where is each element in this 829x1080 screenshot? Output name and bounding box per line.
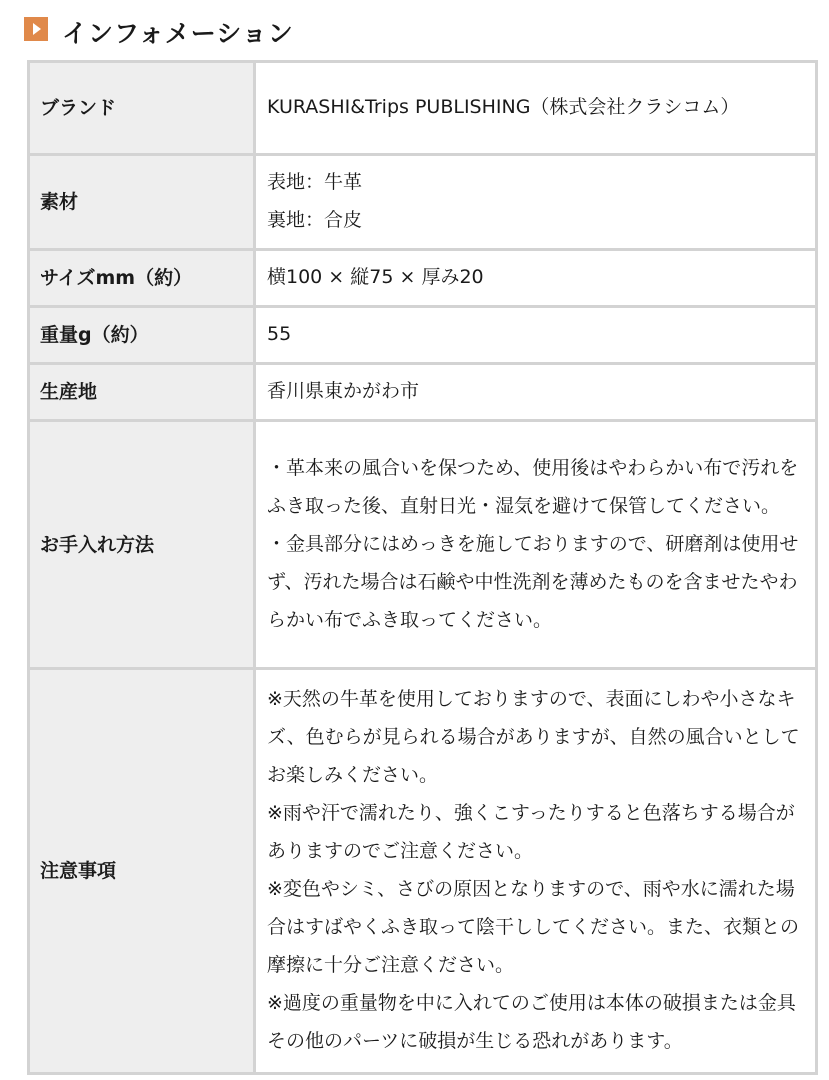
row-label: 素材 <box>29 155 255 250</box>
row-value: KURASHI&Trips PUBLISHING（株式会社クラシコム） <box>255 62 817 155</box>
row-label: 注意事項 <box>29 669 255 1074</box>
row-value: 55 <box>255 307 817 364</box>
row-label: 生産地 <box>29 364 255 421</box>
value-line: KURASHI&Trips PUBLISHING（株式会社クラシコム） <box>267 88 803 126</box>
row-value: 香川県東かがわ市 <box>255 364 817 421</box>
value-line: ※過度の重量物を中に入れてのご使用は本体の破損または金具その他のパーツに破損が生… <box>267 984 803 1060</box>
section-heading: インフォメーション <box>24 12 294 52</box>
value-line: 香川県東かがわ市 <box>267 372 803 410</box>
row-label: 重量g（約） <box>29 307 255 364</box>
value-line: ※天然の牛革を使用しておりますので、表面にしわや小さなキズ、色むらが見られる場合… <box>267 680 803 794</box>
table-row-notes: 注意事項 ※天然の牛革を使用しておりますので、表面にしわや小さなキズ、色むらが見… <box>29 669 817 1074</box>
table-row-weight: 重量g（約） 55 <box>29 307 817 364</box>
value-line: ※雨や汗で濡れたり、強くこすったりすると色落ちする場合がありますのでご注意くださ… <box>267 794 803 870</box>
row-label: お手入れ方法 <box>29 421 255 669</box>
table-row-size: サイズmm（約） 横100 × 縦75 × 厚み20 <box>29 250 817 307</box>
value-line: 横100 × 縦75 × 厚み20 <box>267 258 803 296</box>
value-line: ・金具部分にはめっきを施しておりますので、研磨剤は使用せず、汚れた場合は石鹸や中… <box>267 525 803 639</box>
row-label: サイズmm（約） <box>29 250 255 307</box>
table-row-care: お手入れ方法 ・革本来の風合いを保つため、使用後はやわらかい布で汚れをふき取った… <box>29 421 817 669</box>
row-value: 横100 × 縦75 × 厚み20 <box>255 250 817 307</box>
row-value: 表地：牛革 裏地：合皮 <box>255 155 817 250</box>
row-label: ブランド <box>29 62 255 155</box>
row-value: ・革本来の風合いを保つため、使用後はやわらかい布で汚れをふき取った後、直射日光・… <box>255 421 817 669</box>
row-value: ※天然の牛革を使用しておりますので、表面にしわや小さなキズ、色むらが見られる場合… <box>255 669 817 1074</box>
value-line: ・革本来の風合いを保つため、使用後はやわらかい布で汚れをふき取った後、直射日光・… <box>267 449 803 525</box>
section-title: インフォメーション <box>62 14 294 50</box>
value-line: 裏地：合皮 <box>267 201 803 239</box>
value-line: 表地：牛革 <box>267 163 803 201</box>
table-row-brand: ブランド KURASHI&Trips PUBLISHING（株式会社クラシコム） <box>29 62 817 155</box>
value-line: 55 <box>267 315 803 353</box>
value-line: ※変色やシミ、さびの原因となりますので、雨や水に濡れた場合はすばやくふき取って陰… <box>267 870 803 984</box>
information-table: ブランド KURASHI&Trips PUBLISHING（株式会社クラシコム）… <box>27 60 818 1075</box>
table-row-material: 素材 表地：牛革 裏地：合皮 <box>29 155 817 250</box>
play-triangle-icon <box>24 17 48 41</box>
table-row-origin: 生産地 香川県東かがわ市 <box>29 364 817 421</box>
